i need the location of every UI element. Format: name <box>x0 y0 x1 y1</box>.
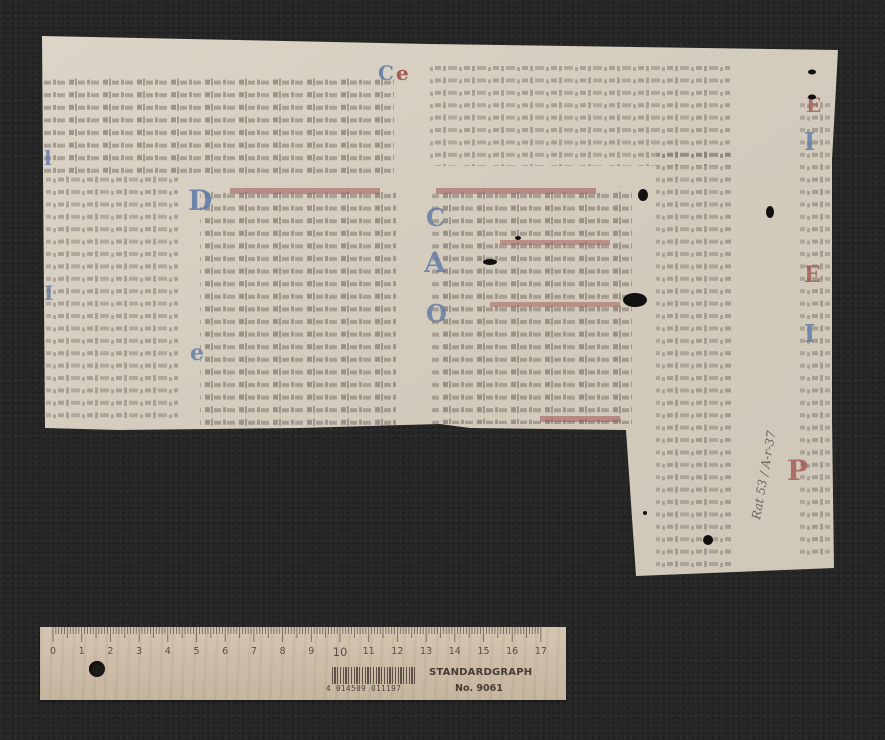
ruler-number: 17 <box>535 646 547 657</box>
ruler-number: 15 <box>477 646 489 657</box>
text-block-top-left <box>44 74 394 174</box>
ruler-ticks <box>40 627 566 647</box>
ruler-number: 3 <box>136 646 142 657</box>
text-column-2 <box>200 186 396 426</box>
ruler-hanging-hole <box>89 661 105 677</box>
svg-text:e: e <box>396 61 409 85</box>
svg-text:l: l <box>44 146 52 170</box>
ruler-number: 1 <box>79 646 85 657</box>
ruler-number: 8 <box>280 646 286 657</box>
text-column-4 <box>656 150 732 570</box>
ruler-number: 10 <box>333 645 348 659</box>
initial-o: O <box>426 299 447 328</box>
ruler-number: 9 <box>308 646 314 657</box>
initial-c: C <box>426 203 445 232</box>
initial-d: D <box>188 184 212 217</box>
svg-text:I: I <box>804 319 815 348</box>
ruler-number: 11 <box>363 646 375 657</box>
svg-text:E: E <box>804 262 821 288</box>
ruler-number: 5 <box>193 646 199 657</box>
ruler-number: 4 <box>165 646 171 657</box>
svg-text:I: I <box>44 281 53 305</box>
ruler-number: 12 <box>391 646 403 657</box>
ruler-model: No. 9061 <box>455 683 503 694</box>
initial-d-top: C <box>378 61 394 85</box>
ruler-number: 16 <box>506 646 518 657</box>
ruler-number: 13 <box>420 646 432 657</box>
ruler-number: 7 <box>251 646 257 657</box>
ruler-number: 2 <box>107 646 113 657</box>
ruler-number: 0 <box>50 646 56 657</box>
ruler-number: 14 <box>449 646 461 657</box>
initial-i: I <box>804 127 815 156</box>
initial-a: A <box>423 246 447 279</box>
scale-ruler: 4 014509 011197 STANDARDGRAPH No. 9061 0… <box>40 627 566 700</box>
ruler-brand: STANDARDGRAPH <box>429 667 532 678</box>
barcode-number: 4 014509 011197 <box>326 684 401 693</box>
barcode <box>332 667 415 684</box>
initial-p: P <box>787 454 808 487</box>
svg-text:e: e <box>190 340 204 366</box>
ruler-number: 6 <box>222 646 228 657</box>
text-column-1 <box>46 174 178 424</box>
